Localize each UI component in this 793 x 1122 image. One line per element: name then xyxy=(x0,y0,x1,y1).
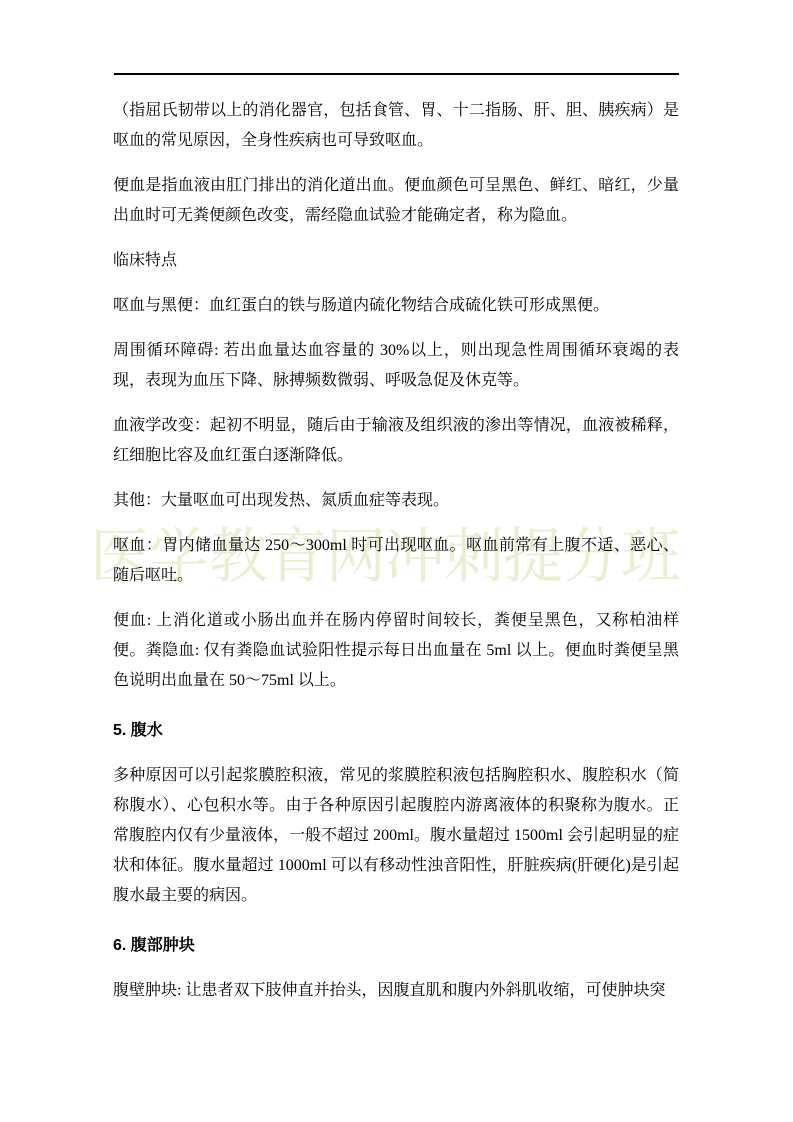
para-hematemesis-causes: （指屈氏韧带以上的消化器官，包括食管、胃、十二指肠、肝、胆、胰疾病）是呕血的常见… xyxy=(113,96,679,156)
header-divider xyxy=(114,73,679,75)
para-hematemesis-melena: 呕血与黑便：血红蛋白的铁与肠道内硫化物结合成硫化铁可形成黑便。 xyxy=(113,291,679,321)
para-hematology-changes: 血液学改变：起初不明显，随后由于输液及组织液的渗出等情况，血液被稀释，红细胞比容… xyxy=(113,411,679,471)
para-other-manifestations: 其他：大量呕血可出现发热、氮质血症等表现。 xyxy=(113,486,679,516)
heading-abdominal-mass: 6. 腹部肿块 xyxy=(113,931,679,961)
document-page: 医学教育网冲刺提分班 （指屈氏韧带以上的消化器官，包括食管、胃、十二指肠、肝、胆… xyxy=(0,0,793,1122)
para-hematemesis-volume: 呕血：胃内储血量达 250～300ml 时可出现呕血。呕血前常有上腹不适、恶心、… xyxy=(113,531,679,591)
para-peripheral-circulation: 周围循环障碍: 若出血量达血容量的 30%以上，则出现急性周围循环衰竭的表现，表… xyxy=(113,336,679,396)
para-melena-definition: 便血是指血液由肛门排出的消化道出血。便血颜色可呈黑色、鲜红、暗红，少量出血时可无… xyxy=(113,171,679,231)
document-content: （指屈氏韧带以上的消化器官，包括食管、胃、十二指肠、肝、胆、胰疾病）是呕血的常见… xyxy=(113,96,679,1021)
para-clinical-features-label: 临床特点 xyxy=(113,246,679,276)
para-melena-occult-blood: 便血: 上消化道或小肠出血并在肠内停留时间较长，粪便呈黑色，又称柏油样便。粪隐血… xyxy=(113,606,679,696)
heading-ascites: 5. 腹水 xyxy=(113,716,679,746)
para-abdominal-wall-mass: 腹壁肿块: 让患者双下肢伸直并抬头，因腹直肌和腹内外斜肌收缩，可使肿块突 xyxy=(113,976,679,1006)
para-ascites-detail: 多种原因可以引起浆膜腔积液，常见的浆膜腔积液包括胸腔积水、腹腔积水（简称腹水）、… xyxy=(113,761,679,911)
